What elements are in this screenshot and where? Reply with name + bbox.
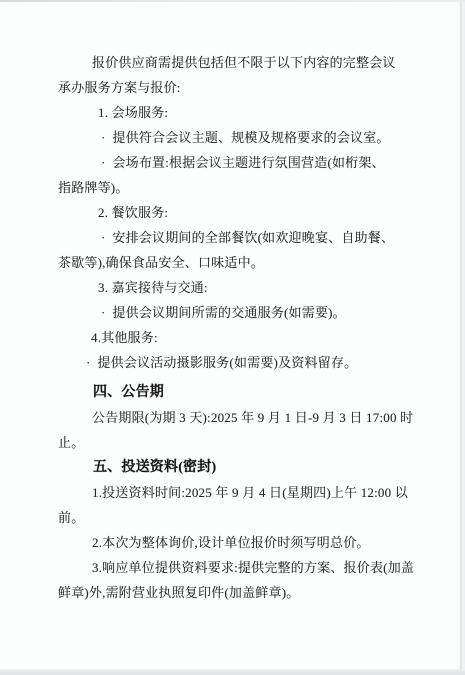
bullet-catering: · 安排会议期间的全部餐饮(如欢迎晚宴、自助餐、 (58, 225, 421, 250)
bullet-meeting-room: · 提供符合会议主题、规模及规格要求的会议室。 (58, 125, 421, 150)
document-page: 报价供应商需提供包括但不限于以下内容的完整会议 承办服务方案与报价: 1. 会场… (0, 0, 465, 675)
announcement-period-cont: 止。 (58, 430, 421, 455)
submission-time-cont: 前。 (58, 505, 421, 530)
submission-requirements-cont: 鲜章)外,需附营业执照复印件(加盖鲜章)。 (58, 580, 421, 605)
submission-requirements-line: 3.响应单位提供资料要求:提供完整的方案、报价表(加盖 (58, 555, 421, 580)
scan-edge-right-line (460, 0, 462, 675)
bullet-photography: · 提供会议活动摄影服务(如需要)及资料留存。 (58, 350, 421, 375)
scan-edge-bottom (0, 669, 465, 675)
intro-line-1: 报价供应商需提供包括但不限于以下内容的完整会议 (58, 50, 421, 75)
document-body: 报价供应商需提供包括但不限于以下内容的完整会议 承办服务方案与报价: 1. 会场… (0, 0, 465, 605)
submission-total-price-line: 2.本次为整体询价,设计单位报价时须写明总价。 (58, 530, 421, 555)
submission-time-line: 1.投送资料时间:2025 年 9 月 4 日(星期四)上午 12:00 以 (58, 480, 421, 505)
bullet-venue-decoration-cont: 指路牌等)。 (58, 175, 421, 200)
bullet-transport-service: · 提供会议期间所需的交通服务(如需要)。 (58, 300, 421, 325)
heading-submission-sealed: 五、投送资料(密封) (58, 455, 421, 480)
item-4-other-services: 4.其他服务: (58, 325, 421, 350)
item-1-venue-services: 1. 会场服务: (58, 100, 421, 125)
scan-edge-top (0, 0, 465, 2)
item-3-reception-transport: 3. 嘉宾接待与交通: (58, 275, 421, 300)
bullet-venue-decoration: · 会场布置:根据会议主题进行氛围营造(如桁架、 (58, 150, 421, 175)
intro-line-2: 承办服务方案与报价: (58, 75, 421, 100)
item-2-catering-services: 2. 餐饮服务: (58, 200, 421, 225)
announcement-period-line: 公告期限(为期 3 天):2025 年 9 月 1 日-9 月 3 日 17:0… (58, 405, 421, 430)
bullet-catering-cont: 茶歇等),确保食品安全、口味适中。 (58, 250, 421, 275)
heading-announcement-period: 四、公告期 (58, 380, 421, 405)
